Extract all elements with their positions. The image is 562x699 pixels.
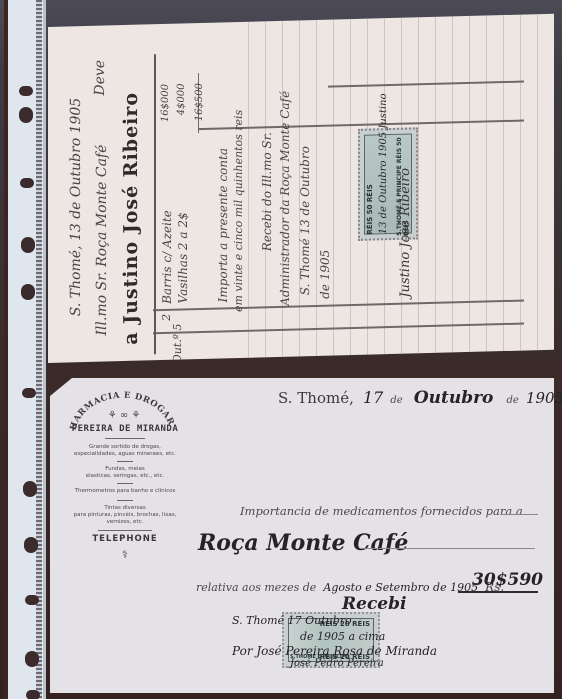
invoice-text-line: Recebi do Ill.mo Sr.: [260, 71, 274, 251]
letterhead-ornament-icon: ⚘ ∞ ⚘: [96, 410, 152, 421]
punch-hole: [25, 651, 39, 667]
invoice-deve-label: Deve: [92, 55, 108, 95]
amount-underline: [458, 591, 538, 593]
punch-hole: [23, 481, 37, 497]
signature-line-4: José Pedro Pereira: [290, 658, 384, 669]
recebi-label: Recebi: [342, 594, 406, 614]
invoice-document: S. Thomé, 13 de Outubro 1905 Deve Ill.mo…: [48, 14, 554, 363]
invoice-item-line-1: Barris c/ Azeite: [160, 144, 174, 304]
letterhead-line-drugs: Grande sortido de drogas, especialidades…: [60, 444, 190, 458]
invoice-text-line: Administrador da Roça Monte Café: [278, 76, 292, 306]
letterhead-divider: [117, 461, 133, 462]
signature-line-2: de 1905 a cima: [300, 630, 385, 643]
sheet-protector-seam: [36, 0, 42, 699]
signature-line-3: Por José Pereira Rosa de Miranda: [232, 644, 437, 658]
invoice-signature: Justino José Ribeiro: [398, 157, 413, 297]
punch-hole: [21, 284, 35, 300]
receipt-date-line: S. Thomé, 17 de Outubro de 1905: [278, 388, 562, 408]
receipt-month: Outubro: [414, 388, 494, 408]
letterhead-line-paints: Tintas diversas para pinturas, pincéis, …: [60, 505, 190, 526]
invoice-amount-1: 16$000: [160, 84, 171, 122]
invoice-total: 16$500: [194, 83, 205, 121]
invoice-text-line: em vinte e cinco mil quinhentos reis: [232, 67, 245, 312]
invoice-item-line-2: Vasilhas 2 a 2$: [176, 143, 190, 303]
invoice-item-qty: 2: [160, 314, 173, 321]
punch-hole: [19, 86, 33, 96]
letterhead-divider: [105, 438, 145, 439]
invoice-text-line: Importa a presente conta: [216, 152, 230, 302]
letterhead-line-thermometers: Thermometros para banho e clinicos: [60, 488, 190, 495]
invoice-addressee: Ill.mo Sr. Roça Monte Café: [94, 135, 110, 335]
invoice-rule: [328, 81, 524, 88]
invoice-margin-line: [154, 54, 156, 354]
importance-label: Importancia de medicamentos fornecidos p…: [240, 504, 523, 518]
invoice-text-line: de 1905: [318, 250, 332, 300]
invoice-amount-2: 4$000: [176, 83, 187, 115]
receipt-year: 1905: [526, 389, 562, 407]
receipt-place: S. Thomé,: [278, 389, 354, 407]
pharmacy-receipt-document: PHARMACIA E DROGARIA ⚘ ∞ ⚘ PEREIRA DE MI…: [50, 378, 554, 693]
letterhead-telephone: TELEPHONE: [70, 534, 180, 544]
fill-line: [500, 514, 538, 515]
punch-hole: [22, 388, 36, 398]
receipt-day: 17: [363, 388, 383, 407]
signature-line-1: S. Thomé 17 Outubro: [232, 614, 352, 627]
telephone-symbol-icon: ⚕: [110, 548, 140, 561]
punch-hole: [20, 178, 34, 188]
letterhead-line-fundas: Fundas, meias elasticas, seringas, etc.,…: [60, 466, 190, 480]
letterhead-name: PEREIRA DE MIRANDA: [66, 424, 184, 434]
letterhead-divider: [117, 483, 133, 484]
punch-hole: [24, 537, 38, 553]
letterhead-divider: [117, 500, 133, 501]
invoice-month: Out.º 5: [171, 323, 184, 363]
invoice-text-line: S. Thomé 13 de Outubro: [298, 65, 312, 295]
invoice-merchant-name: a Justino José Ribeiro: [120, 115, 142, 346]
ruling-line: [537, 14, 538, 350]
punch-hole: [25, 595, 39, 605]
invoice-place-date: S. Thomé, 13 de Outubro 1905: [68, 66, 84, 316]
punch-hole: [21, 237, 35, 253]
punch-hole: [26, 690, 40, 699]
receipt-amount: 30$590: [472, 570, 543, 590]
punch-hole: [19, 107, 33, 123]
receipt-period: Agosto e Setembro de 1905: [323, 581, 478, 594]
letterhead-divider: [98, 530, 152, 531]
fill-line: [360, 548, 535, 549]
recipient-name: Roça Monte Café: [198, 530, 408, 556]
